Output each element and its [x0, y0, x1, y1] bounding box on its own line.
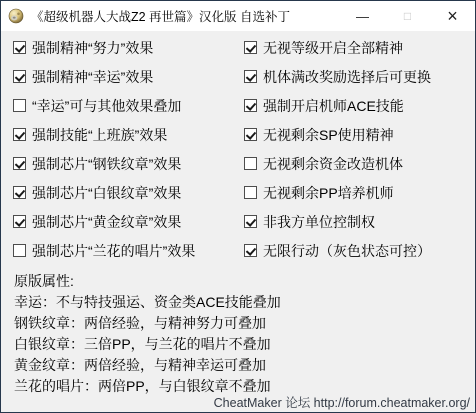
checkbox-row[interactable]: 机体满改奖励选择后可更换 — [244, 62, 431, 91]
checkbox-row[interactable]: “幸运”可与其他效果叠加 — [13, 91, 195, 120]
checkbox-row[interactable]: 强制精神“努力”效果 — [13, 33, 195, 62]
checkbox[interactable] — [244, 244, 257, 257]
checkbox[interactable] — [244, 41, 257, 54]
minimize-icon: — — [356, 10, 369, 23]
checkbox-label[interactable]: 无视剩余PP培养机师 — [263, 183, 394, 203]
checkbox[interactable] — [13, 128, 26, 141]
checkbox-label[interactable]: 强制技能“上班族”效果 — [32, 125, 167, 145]
checkbox-row[interactable]: 无视剩余PP培养机师 — [244, 178, 431, 207]
checkbox-row[interactable]: 强制芯片“钢铁纹章”效果 — [13, 149, 195, 178]
checkbox-row[interactable]: 强制芯片“黄金纹章”效果 — [13, 207, 195, 236]
checkbox-label[interactable]: 无限行动（灰色状态可控） — [263, 241, 431, 261]
patch-config-window: 《超级机器人大战Z2 再世篇》汉化版 自选补丁 — □ × 强制精神“努力”效果… — [0, 0, 476, 413]
checkbox-label[interactable]: 无视等级开启全部精神 — [263, 38, 403, 58]
checkbox-row[interactable]: 无限行动（灰色状态可控） — [244, 236, 431, 265]
window-controls: — □ × — [340, 1, 475, 31]
checkbox[interactable] — [244, 186, 257, 199]
checkbox[interactable] — [244, 70, 257, 83]
checkbox[interactable] — [13, 70, 26, 83]
checkbox-label[interactable]: 强制芯片“钢铁纹章”效果 — [32, 154, 181, 174]
minimize-button[interactable]: — — [340, 1, 385, 31]
checkbox-label[interactable]: 无视剩余SP使用精神 — [263, 125, 394, 145]
checkbox-row[interactable]: 强制芯片“白银纹章”效果 — [13, 178, 195, 207]
checkbox-row[interactable]: 无视剩余SP使用精神 — [244, 120, 431, 149]
checkbox-row[interactable]: 非我方单位控制权 — [244, 207, 431, 236]
maximize-icon: □ — [404, 10, 411, 22]
checkbox[interactable] — [244, 128, 257, 141]
checkbox[interactable] — [13, 157, 26, 170]
checkbox-label[interactable]: 强制芯片“白银纹章”效果 — [32, 183, 181, 203]
app-icon — [8, 8, 24, 24]
checkbox-label[interactable]: 强制精神“幸运”效果 — [32, 67, 153, 87]
checkbox-row[interactable]: 强制开启机师ACE技能 — [244, 91, 431, 120]
checkbox[interactable] — [244, 99, 257, 112]
checkbox-label[interactable]: “幸运”可与其他效果叠加 — [32, 96, 181, 116]
note-line: 白银纹章：三倍PP，与兰花的唱片不叠加 — [14, 334, 281, 355]
close-icon: × — [447, 7, 458, 25]
checkbox-label[interactable]: 非我方单位控制权 — [263, 212, 375, 232]
original-attributes-notes: 原版属性:幸运：不与特技强运、资金类ACE技能叠加钢铁纹章：两倍经验，与精神努力… — [14, 271, 281, 397]
checkbox-row[interactable]: 强制精神“幸运”效果 — [13, 62, 195, 91]
checkbox-label[interactable]: 强制芯片“黄金纹章”效果 — [32, 212, 181, 232]
checkbox[interactable] — [244, 215, 257, 228]
maximize-button[interactable]: □ — [385, 1, 430, 31]
checkbox[interactable] — [13, 244, 26, 257]
note-line: 黄金纹章：两倍经验，与精神幸运可叠加 — [14, 355, 281, 376]
checkbox[interactable] — [13, 41, 26, 54]
checkbox[interactable] — [244, 157, 257, 170]
checkbox-label[interactable]: 强制开启机师ACE技能 — [263, 96, 404, 116]
note-line: 原版属性: — [14, 271, 281, 292]
options-column-right: 无视等级开启全部精神机体满改奖励选择后可更换强制开启机师ACE技能无视剩余SP使… — [244, 33, 431, 265]
checkbox[interactable] — [13, 99, 26, 112]
window-title: 《超级机器人大战Z2 再世篇》汉化版 自选补丁 — [31, 7, 340, 25]
checkbox-label[interactable]: 无视剩余资金改造机体 — [263, 154, 403, 174]
checkbox-row[interactable]: 无视等级开启全部精神 — [244, 33, 431, 62]
dialog-body: 强制精神“努力”效果强制精神“幸运”效果“幸运”可与其他效果叠加强制技能“上班族… — [1, 31, 475, 412]
note-line: 钢铁纹章：两倍经验，与精神努力可叠加 — [14, 313, 281, 334]
checkbox-row[interactable]: 强制技能“上班族”效果 — [13, 120, 195, 149]
titlebar: 《超级机器人大战Z2 再世篇》汉化版 自选补丁 — □ × — [1, 1, 475, 31]
note-line: 幸运：不与特技强运、资金类ACE技能叠加 — [14, 292, 281, 313]
checkbox-row[interactable]: 无视剩余资金改造机体 — [244, 149, 431, 178]
close-button[interactable]: × — [430, 1, 475, 31]
checkbox-row[interactable]: 强制芯片“兰花的唱片”效果 — [13, 236, 195, 265]
checkbox-label[interactable]: 强制芯片“兰花的唱片”效果 — [32, 241, 195, 261]
checkbox[interactable] — [13, 186, 26, 199]
credit-line: CheatMaker 论坛 http://forum.cheatmaker.or… — [214, 393, 470, 411]
checkbox[interactable] — [13, 215, 26, 228]
checkbox-label[interactable]: 强制精神“努力”效果 — [32, 38, 153, 58]
options-column-left: 强制精神“努力”效果强制精神“幸运”效果“幸运”可与其他效果叠加强制技能“上班族… — [13, 33, 195, 265]
checkbox-label[interactable]: 机体满改奖励选择后可更换 — [263, 67, 431, 87]
